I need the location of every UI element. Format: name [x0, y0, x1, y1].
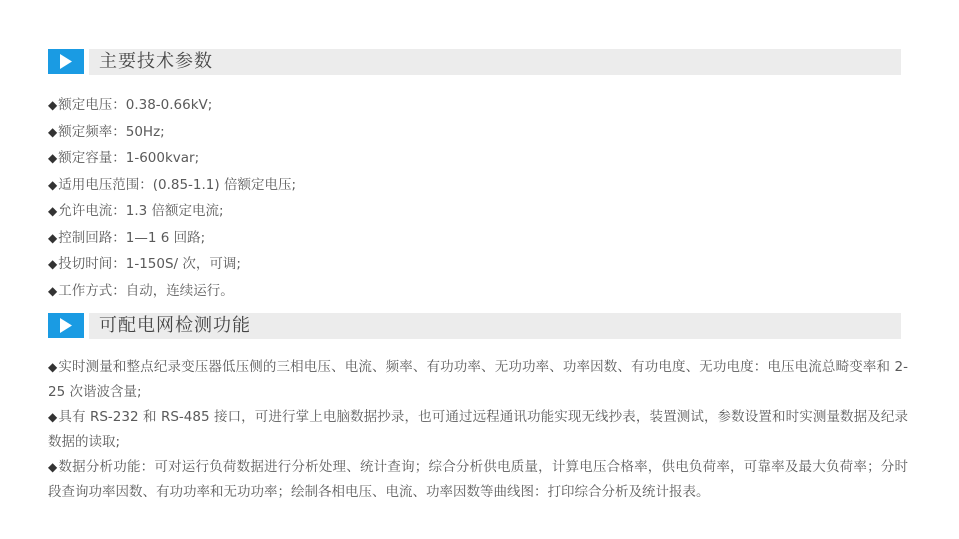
feature-paragraph: ◆具有 RS-232 和 RS-485 接口，可进行掌上电脑数据抄录，也可通过远…: [48, 405, 908, 455]
param-value: ：1—1 6 回路;: [112, 230, 205, 246]
section-header-tech-params: 主要技术参数: [48, 49, 901, 75]
param-label: 适用电压范围: [58, 177, 139, 193]
list-item: ◆额定电压：0.38-0.66kV;: [48, 92, 296, 119]
list-item: ◆工作方式：自动，连续运行。: [48, 278, 296, 305]
param-label: 控制回路: [58, 230, 112, 246]
diamond-bullet-icon: ◆: [48, 225, 57, 252]
tech-params-list: ◆额定电压：0.38-0.66kV; ◆额定频率：50Hz; ◆额定容量：1-6…: [48, 92, 296, 304]
param-value: ：1-600kvar;: [112, 150, 199, 166]
feature-paragraph: ◆数据分析功能：可对运行负荷数据进行分析处理、统计查询；综合分析供电质量，计算电…: [48, 455, 908, 505]
list-item: ◆投切时间：1-150S/ 次，可调;: [48, 251, 296, 278]
feature-text: 数据分析功能：可对运行负荷数据进行分析处理、统计查询；综合分析供电质量，计算电压…: [48, 459, 908, 500]
diamond-bullet-icon: ◆: [48, 405, 57, 430]
list-item: ◆允许电流：1.3 倍额定电流;: [48, 198, 296, 225]
section-title: 主要技术参数: [99, 50, 213, 74]
param-label: 额定频率: [58, 124, 112, 140]
param-value: ：自动，连续运行。: [112, 283, 234, 299]
param-value: ：1.3 倍额定电流;: [112, 203, 223, 219]
feature-text: 实时测量和整点纪录变压器低压侧的三相电压、电流、频率、有功功率、无功功率、功率因…: [48, 359, 908, 400]
param-value: ：(0.85-1.1) 倍额定电压;: [139, 177, 296, 193]
play-triangle-icon: [60, 318, 72, 333]
list-item: ◆控制回路：1—1 6 回路;: [48, 225, 296, 252]
list-item: ◆适用电压范围：(0.85-1.1) 倍额定电压;: [48, 172, 296, 199]
param-label: 额定容量: [58, 150, 112, 166]
list-item: ◆额定容量：1-600kvar;: [48, 145, 296, 172]
diamond-bullet-icon: ◆: [48, 92, 57, 119]
section-title: 可配电网检测功能: [99, 314, 251, 338]
section-header-grid-monitoring: 可配电网检测功能: [48, 313, 901, 339]
grid-monitoring-list: ◆实时测量和整点纪录变压器低压侧的三相电压、电流、频率、有功功率、无功功率、功率…: [48, 355, 908, 505]
param-value: ：50Hz;: [112, 124, 164, 140]
param-label: 投切时间: [58, 256, 112, 272]
param-label: 工作方式: [58, 283, 112, 299]
section-title-bar: 可配电网检测功能: [89, 313, 901, 339]
diamond-bullet-icon: ◆: [48, 198, 57, 225]
feature-text: 具有 RS-232 和 RS-485 接口，可进行掌上电脑数据抄录，也可通过远程…: [48, 409, 908, 450]
diamond-bullet-icon: ◆: [48, 251, 57, 278]
param-value: ：1-150S/ 次，可调;: [112, 256, 241, 272]
section-marker: [48, 313, 84, 338]
diamond-bullet-icon: ◆: [48, 278, 57, 305]
diamond-bullet-icon: ◆: [48, 355, 57, 380]
param-label: 额定电压: [58, 97, 112, 113]
param-value: ：0.38-0.66kV;: [112, 97, 212, 113]
play-triangle-icon: [60, 54, 72, 69]
diamond-bullet-icon: ◆: [48, 119, 57, 146]
section-title-bar: 主要技术参数: [89, 49, 901, 75]
feature-paragraph: ◆实时测量和整点纪录变压器低压侧的三相电压、电流、频率、有功功率、无功功率、功率…: [48, 355, 908, 405]
diamond-bullet-icon: ◆: [48, 455, 57, 480]
section-marker: [48, 49, 84, 74]
list-item: ◆额定频率：50Hz;: [48, 119, 296, 146]
param-label: 允许电流: [58, 203, 112, 219]
diamond-bullet-icon: ◆: [48, 145, 57, 172]
diamond-bullet-icon: ◆: [48, 172, 57, 199]
